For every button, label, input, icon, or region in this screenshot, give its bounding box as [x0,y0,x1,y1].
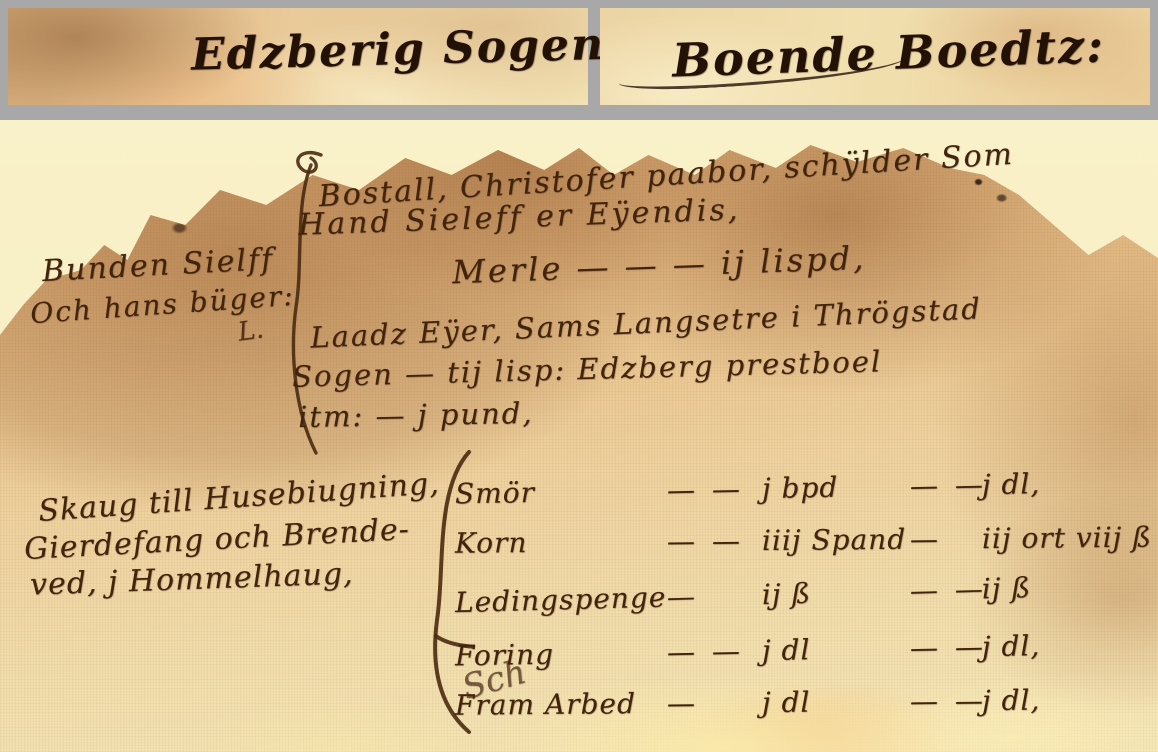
row-value-secondary: j dl, [982,467,1076,502]
row-dashes: — — [667,524,762,558]
parish-title: Edzberig Sogen, [190,18,622,80]
row-name: Korn [455,525,667,560]
group1-pen-flourish: L. [236,314,265,347]
row-name: Fram Arbed [455,687,667,722]
account-row-fram-arbed: Fram Arbed — j dl — — j dl, [455,683,1075,730]
row-name: Smör [455,474,668,511]
row-dashes: — — [910,684,982,718]
row-value-primary: ij ß [761,574,910,611]
account-row-korn: Korn — — iiij Spand — iij ort viij ß [455,521,1075,568]
row-value-primary: j dl [762,685,910,719]
row-value-secondary: j dl, [982,683,1075,717]
row-value-secondary: iij ort viij ß [982,521,1152,555]
row-value-primary: iiij Spand [762,523,910,557]
row-dashes: — [910,522,982,556]
header-strip-section: Boende Boedtz: [600,8,1150,105]
row-name: Ledingspenge [455,581,668,620]
row-value-primary: j dl [762,631,911,667]
row-dashes: — — [667,634,763,669]
row-value-primary: j bpd [762,469,911,505]
pen-swash-underline [617,46,908,92]
row-dashes: — — [910,630,983,664]
group1-entry-line6: itm: — j pund, [298,396,534,434]
header-strip-parish: Edzberig Sogen, [8,8,588,105]
row-dashes: — — [667,472,763,507]
manuscript-backdrop: Bunden Sielff Och hans büger: L. Bostall… [0,120,1158,752]
row-dashes: — [666,578,762,613]
row-value-secondary: ij ß [981,570,1075,605]
row-dashes: — — [909,572,982,607]
row-value-secondary: j dl, [982,629,1076,664]
row-dashes: — — [910,468,983,502]
row-dashes: — [667,686,762,720]
row-name: Foring [455,636,668,673]
